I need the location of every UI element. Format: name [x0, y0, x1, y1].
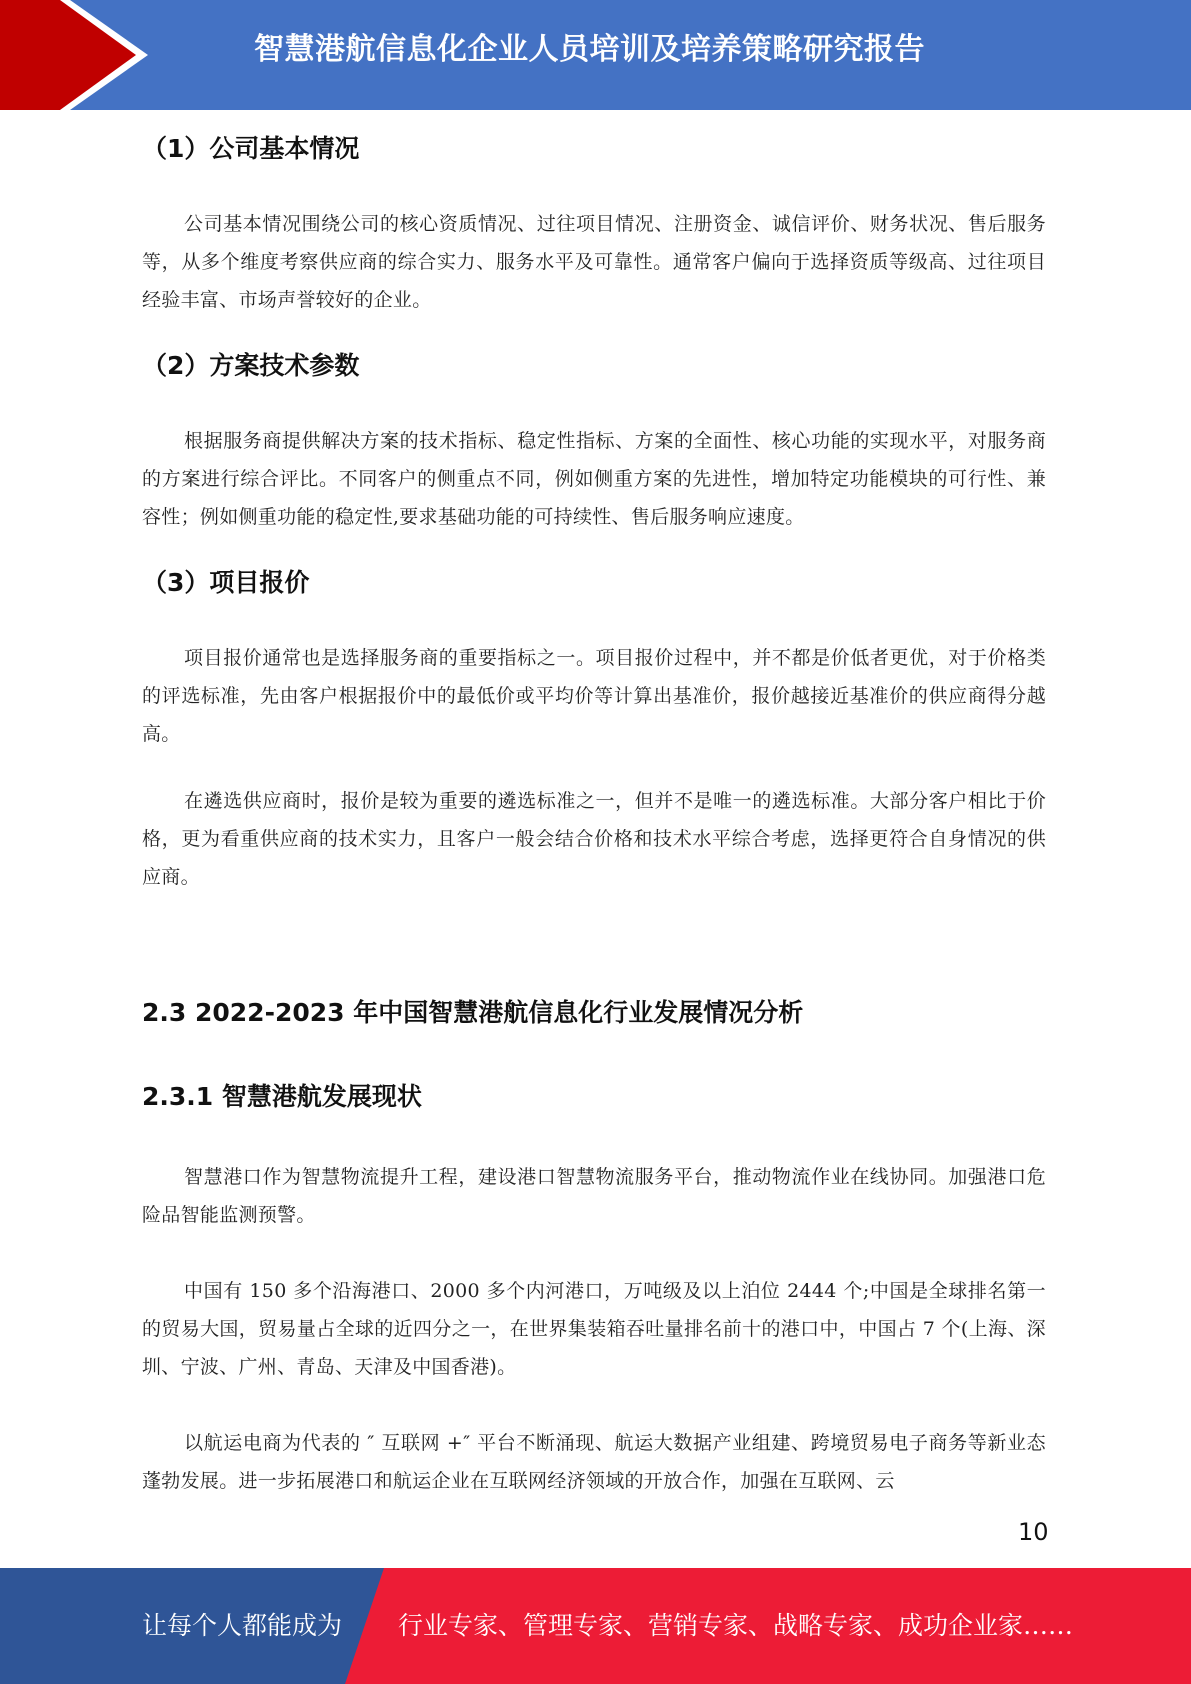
section-heading-tech-params: （2）方案技术参数 — [142, 348, 359, 384]
page-number: 10 — [1018, 1518, 1049, 1546]
red-arrow-icon — [0, 0, 200, 110]
paragraph: 中国有 150 多个沿海港口、2000 多个内河港口，万吨级及以上泊位 2444… — [142, 1272, 1046, 1386]
footer-slogan-left: 让每个人都能成为 — [142, 1608, 342, 1644]
chapter-heading: 2.3 2022-2023 年中国智慧港航信息化行业发展情况分析 — [142, 995, 803, 1031]
paragraph: 以航运电商为代表的 ″ 互联网 +″ 平台不断涌现、航运大数据产业组建、跨境贸易… — [142, 1424, 1046, 1500]
report-title: 智慧港航信息化企业人员培训及培养策略研究报告 — [254, 28, 925, 72]
paragraph: 智慧港口作为智慧物流提升工程，建设港口智慧物流服务平台，推动物流作业在线协同。加… — [142, 1158, 1046, 1234]
page-footer: 让每个人都能成为 行业专家、管理专家、营销专家、战略专家、成功企业家…… — [0, 1568, 1191, 1684]
footer-slogan-right: 行业专家、管理专家、营销专家、战略专家、成功企业家…… — [398, 1608, 1073, 1644]
paragraph: 公司基本情况围绕公司的核心资质情况、过往项目情况、注册资金、诚信评价、财务状况、… — [142, 205, 1046, 319]
section-heading-quotation: （3）项目报价 — [142, 565, 309, 601]
subsection-heading: 2.3.1 智慧港航发展现状 — [142, 1079, 422, 1115]
paragraph: 在遴选供应商时，报价是较为重要的遴选标准之一，但并不是唯一的遴选标准。大部分客户… — [142, 782, 1046, 896]
paragraph: 根据服务商提供解决方案的技术指标、稳定性指标、方案的全面性、核心功能的实现水平，… — [142, 422, 1046, 536]
paragraph: 项目报价通常也是选择服务商的重要指标之一。项目报价过程中，并不都是价低者更优，对… — [142, 639, 1046, 753]
section-heading-company-basics: （1）公司基本情况 — [142, 131, 359, 167]
page-header: 智慧港航信息化企业人员培训及培养策略研究报告 — [0, 0, 1191, 110]
